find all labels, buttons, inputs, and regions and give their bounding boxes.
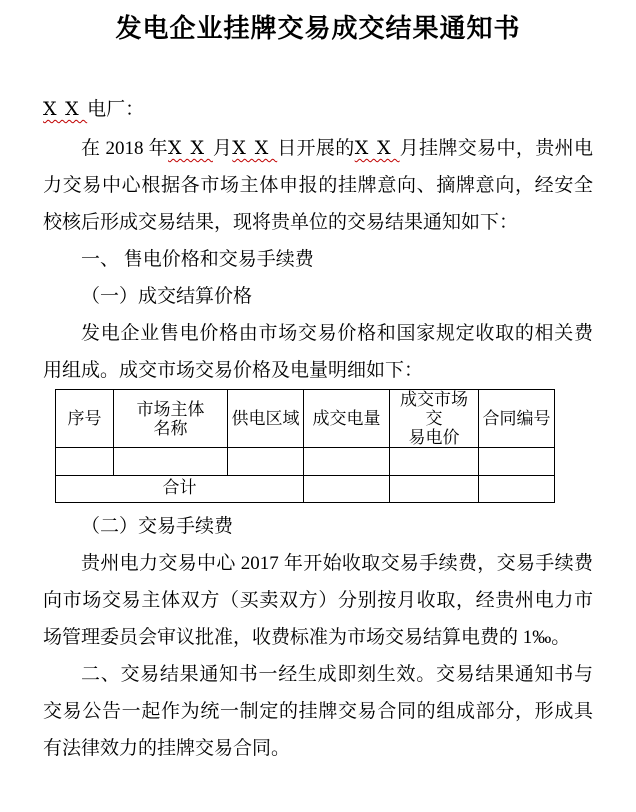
cell-supply-area (228, 448, 304, 476)
th-supply-area: 供电区域 (228, 390, 304, 448)
subsection1-heading: （一）成交结算价格 (43, 278, 593, 315)
cell-total-price (390, 476, 479, 503)
intro-paragraph: 在 2018 年ⅩⅩ月ⅩⅩ日开展的ⅩⅩ月挂牌交易中，贵州电力交易中心根据各市场主… (43, 130, 593, 241)
month2-placeholder: ⅩⅩ (355, 138, 400, 159)
document-page: 发电企业挂牌交易成交结果通知书 ⅩⅩ电厂： 在 2018 年ⅩⅩ月ⅩⅩ日开展的Ⅹ… (0, 0, 636, 812)
salutation-suffix: 电厂： (87, 99, 144, 120)
cell-total-volume (304, 476, 390, 503)
intro-lead: 在 2018 年 (81, 138, 168, 159)
cell-contract-number (479, 448, 555, 476)
table-total-row: 合计 (56, 476, 555, 503)
day-placeholder: ⅩⅩ (232, 138, 277, 159)
intro-mid1: 月 (213, 138, 232, 159)
table-empty-row (56, 448, 555, 476)
section1-heading: 一、 售电价格和交易手续费 (43, 241, 593, 278)
cell-total-contract (479, 476, 555, 503)
cell-traded-volume (304, 448, 390, 476)
effectiveness-paragraph: 二、交易结果通知书一经生成即刻生效。交易结果通知书与交易公告一起作为统一制定的挂… (43, 656, 593, 767)
fee-paragraph: 贵州电力交易中心 2017 年开始收取交易手续费，交易手续费向市场交易主体双方（… (43, 545, 593, 656)
cell-market-entity-name (114, 448, 228, 476)
document-title: 发电企业挂牌交易成交结果通知书 (43, 12, 593, 46)
subsection2-heading: （二）交易手续费 (43, 508, 593, 545)
th-serial-number: 序号 (56, 390, 114, 448)
th-contract-number: 合同编号 (479, 390, 555, 448)
cell-traded-market-price (390, 448, 479, 476)
cell-serial-number (56, 448, 114, 476)
th-market-entity-name: 市场主体 名称 (114, 390, 228, 448)
salutation-line: ⅩⅩ电厂： (43, 91, 593, 128)
transaction-detail-table: 序号 市场主体 名称 供电区域 成交电量 成交市场交 易电价 合同编号 合计 (55, 389, 555, 503)
table-header-row: 序号 市场主体 名称 供电区域 成交电量 成交市场交 易电价 合同编号 (56, 390, 555, 448)
recipient-placeholder: ⅩⅩ (43, 99, 87, 120)
month-placeholder: ⅩⅩ (168, 138, 213, 159)
th-traded-volume: 成交电量 (304, 390, 390, 448)
cell-total-label: 合计 (56, 476, 304, 503)
intro-mid2: 日开展的 (277, 138, 355, 159)
price-composition-paragraph: 发电企业售电价格由市场交易价格和国家规定收取的相关费用组成。成交市场交易价格及电… (43, 315, 593, 389)
th-traded-market-price: 成交市场交 易电价 (390, 390, 479, 448)
